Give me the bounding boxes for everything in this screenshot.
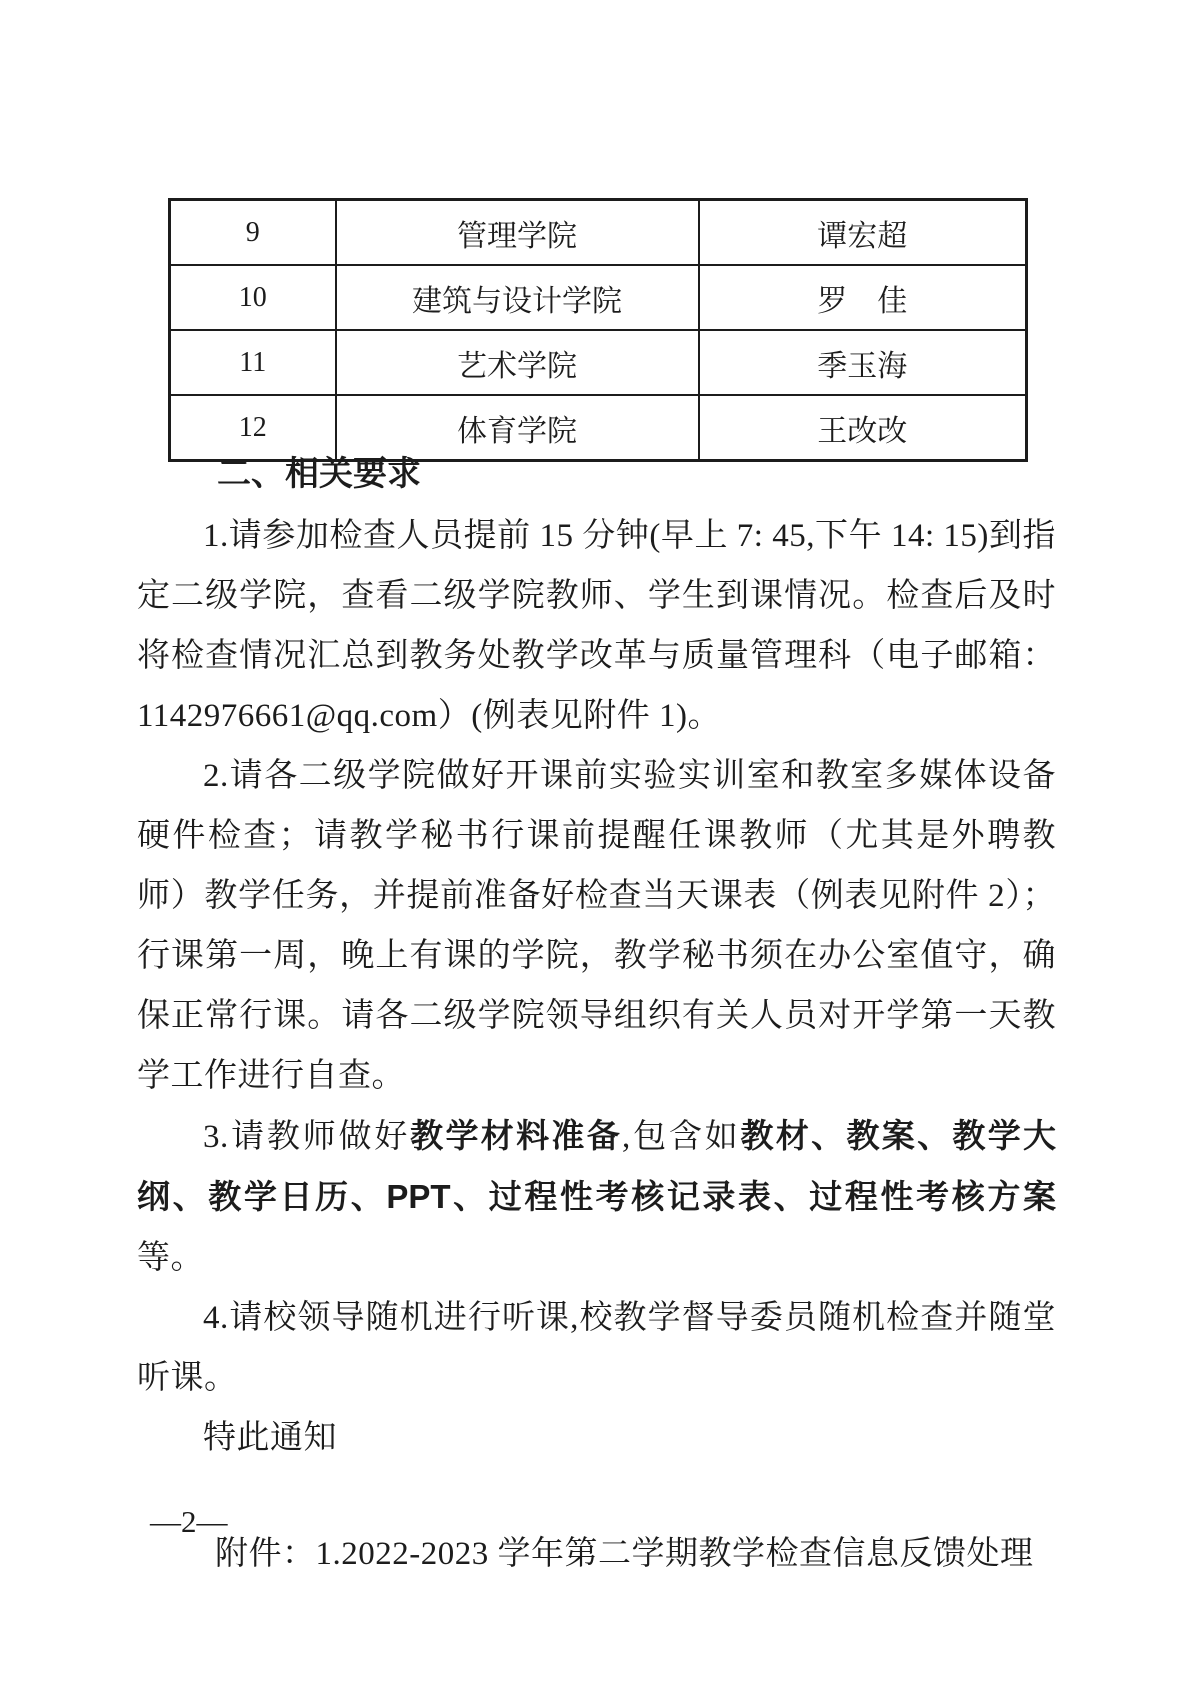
inspector-cell: 季玉海 (699, 330, 1027, 395)
paragraph-3-segment: 3.请教师做好 (203, 1119, 410, 1155)
paragraph-3-bold-segment: 教学材料准备 (410, 1117, 622, 1154)
requirement-paragraph-2: 2.请各二级学院做好开课前实验实训室和教室多媒体设备硬件检查；请教学秘书行课前提… (137, 746, 1056, 1106)
paragraph-3-segment: 等。 (137, 1240, 204, 1276)
inspection-assignments-table: 9 管理学院 谭宏超 10 建筑与设计学院 罗 佳 11 艺术学院 季玉海 12… (168, 198, 1028, 462)
requirement-paragraph-4: 4.请校领导随机进行听课,校教学督导委员随机检查并随堂听课。 (137, 1288, 1056, 1408)
page-number: —2— (150, 1502, 228, 1542)
attachment-line: 附件：1.2022-2023 学年第二学期教学检查信息反馈处理 (137, 1524, 1056, 1584)
table-row: 11 艺术学院 季玉海 (170, 330, 1027, 395)
college-cell: 艺术学院 (336, 330, 699, 395)
table-row: 10 建筑与设计学院 罗 佳 (170, 265, 1027, 330)
paragraph-3-segment: ,包含如 (622, 1119, 741, 1155)
row-number-cell: 10 (170, 265, 336, 330)
inspector-cell: 谭宏超 (699, 200, 1027, 266)
row-number-cell: 11 (170, 330, 336, 395)
inspector-cell: 罗 佳 (699, 265, 1027, 330)
table-row: 9 管理学院 谭宏超 (170, 200, 1027, 266)
requirement-paragraph-1: 1.请参加检查人员提前 15 分钟(早上 7: 45,下午 14: 15)到指定… (137, 506, 1056, 746)
requirement-paragraph-3: 3.请教师做好教学材料准备,包含如教材、教案、教学大纲、教学日历、PPT、过程性… (137, 1106, 1056, 1288)
college-cell: 建筑与设计学院 (336, 265, 699, 330)
row-number-cell: 9 (170, 200, 336, 266)
requirements-section: 二、相关要求 1.请参加检查人员提前 15 分钟(早上 7: 45,下午 14:… (137, 442, 1056, 1584)
closing-line: 特此通知 (137, 1408, 1056, 1468)
section-heading: 二、相关要求 (217, 442, 1056, 506)
college-cell: 管理学院 (336, 200, 699, 266)
